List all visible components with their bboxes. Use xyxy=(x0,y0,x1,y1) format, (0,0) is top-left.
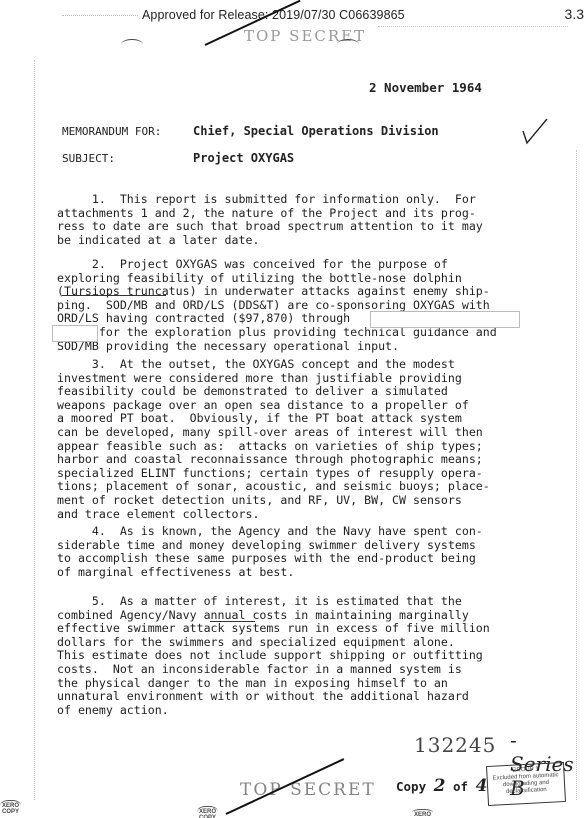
paragraph-5: 5. As a matter of interest, it is estima… xyxy=(57,595,577,717)
document-control-number: 132245 xyxy=(414,733,496,757)
paragraph-line: SOD/MB providing the necessary operation… xyxy=(57,340,577,354)
paragraph-3: 3. At the outset, the OXYGAS concept and… xyxy=(57,358,577,521)
paragraph-line: tions; placement of sonar, acoustic, and… xyxy=(57,480,577,494)
paragraph-line: combined Agency/Navy annual costs in mai… xyxy=(57,609,577,623)
paragraph-line: 2. Project OXYGAS was conceived for the … xyxy=(57,258,577,272)
memo-subject-row: SUBJECT:Project OXYGAS xyxy=(62,151,294,165)
xero-copy-stamp: XERO xyxy=(412,809,433,818)
paragraph-line: a moored PT boat. Obviously, if the PT b… xyxy=(57,412,577,426)
paragraph-line: attachments 1 and 2, the nature of the P… xyxy=(57,207,577,221)
paragraph-line: exploring feasibility of utilizing the b… xyxy=(57,272,577,286)
paragraph-line: of enemy action. xyxy=(57,704,577,718)
memo-date: 2 November 1964 xyxy=(369,80,482,95)
paragraph-line: 1. This report is submitted for informat… xyxy=(57,193,577,207)
punch-hole-mark xyxy=(121,39,143,50)
scan-artifact xyxy=(34,60,36,800)
copy-number: 2 xyxy=(434,776,446,796)
paragraph-line: investment were considered more than jus… xyxy=(57,372,577,386)
copy-of: of xyxy=(445,779,475,794)
paragraph-line: ress to date are such that broad spectru… xyxy=(57,220,577,234)
release-stamp: Approved for Release: 2019/07/30 C066398… xyxy=(142,8,405,22)
memo-subject-label: SUBJECT: xyxy=(62,152,193,165)
paragraph-line: dollars for the swimmers and specialized… xyxy=(57,636,577,650)
paragraph-line: 3. At the outset, the OXYGAS concept and… xyxy=(57,358,577,372)
paragraph-line: appear feasible such as: attacks on vari… xyxy=(57,440,577,454)
xero-copy-stamp: XERO COPY xyxy=(197,806,218,818)
paragraph-line: siderable time and money developing swim… xyxy=(57,539,577,553)
paragraph-line: feasibility could be demonstrated to del… xyxy=(57,385,577,399)
memo-for-label: MEMORANDUM FOR: xyxy=(62,125,193,138)
redaction-box xyxy=(52,325,98,342)
document-page: Approved for Release: 2019/07/30 C066398… xyxy=(0,0,586,818)
paragraph-line: of marginal effectiveness at best. xyxy=(57,566,577,580)
paragraph-line: specialized ELINT functions; certain typ… xyxy=(57,467,577,481)
release-dots xyxy=(378,26,568,27)
paragraph-line: and trace element collectors. xyxy=(57,508,577,522)
release-dots xyxy=(62,15,138,16)
redaction-box xyxy=(370,311,520,328)
paragraph-line: (Tursiops truncatus) in underwater attac… xyxy=(57,285,577,299)
paragraph-line: ment of rocket detection units, and RF, … xyxy=(57,494,577,508)
checkmark-icon xyxy=(521,117,549,145)
paragraph-line: 4. As is known, the Agency and the Navy … xyxy=(57,525,577,539)
paragraph-line: to accomplish these same purposes with t… xyxy=(57,552,577,566)
classification-marking-top: TOP SECRET xyxy=(244,27,366,45)
underline-mark xyxy=(210,621,255,622)
memo-for-value: Chief, Special Operations Division xyxy=(193,124,439,138)
paragraph-line: harbor and coastal reconnaissance throug… xyxy=(57,453,577,467)
copy-prefix: Copy xyxy=(396,779,434,794)
paragraph-line: for the exploration plus providing techn… xyxy=(57,326,577,340)
paragraph-1: 1. This report is submitted for informat… xyxy=(57,193,577,247)
xero-copy-stamp: XERO COPY xyxy=(0,800,21,815)
memo-subject-value: Project OXYGAS xyxy=(193,151,294,165)
paragraph-line: costs. Not an inconsiderable factor in a… xyxy=(57,663,577,677)
copy-total: 4 xyxy=(476,776,488,796)
page-code: 3.3 xyxy=(565,6,584,22)
paragraph-line: 5. As a matter of interest, it is estima… xyxy=(57,595,577,609)
paragraph-line: be indicated at a later date. xyxy=(57,234,577,248)
paragraph-2: 2. Project OXYGAS was conceived for the … xyxy=(57,258,577,353)
xero-text: XERO xyxy=(414,812,431,818)
paragraph-line: unnatural environment with or without th… xyxy=(57,690,577,704)
paragraph-line: This estimate does not include support s… xyxy=(57,649,577,663)
paragraph-line: the physical danger to the man in exposi… xyxy=(57,677,577,691)
paragraph-line: weapons package over an open sea distanc… xyxy=(57,399,577,413)
xero-text: COPY xyxy=(2,809,19,815)
paragraph-line: can be developed, many spill-over areas … xyxy=(57,426,577,440)
group-1-stamp: GROUP 1 Excluded from automatic downgrad… xyxy=(486,762,566,806)
copy-count: Copy 2 of 4 xyxy=(396,776,487,796)
paragraph-line: effective swimmer attack systems run in … xyxy=(57,622,577,636)
memo-for-row: MEMORANDUM FOR:Chief, Special Operations… xyxy=(62,124,439,138)
underline-mark xyxy=(62,295,166,296)
paragraph-4: 4. As is known, the Agency and the Navy … xyxy=(57,525,577,579)
